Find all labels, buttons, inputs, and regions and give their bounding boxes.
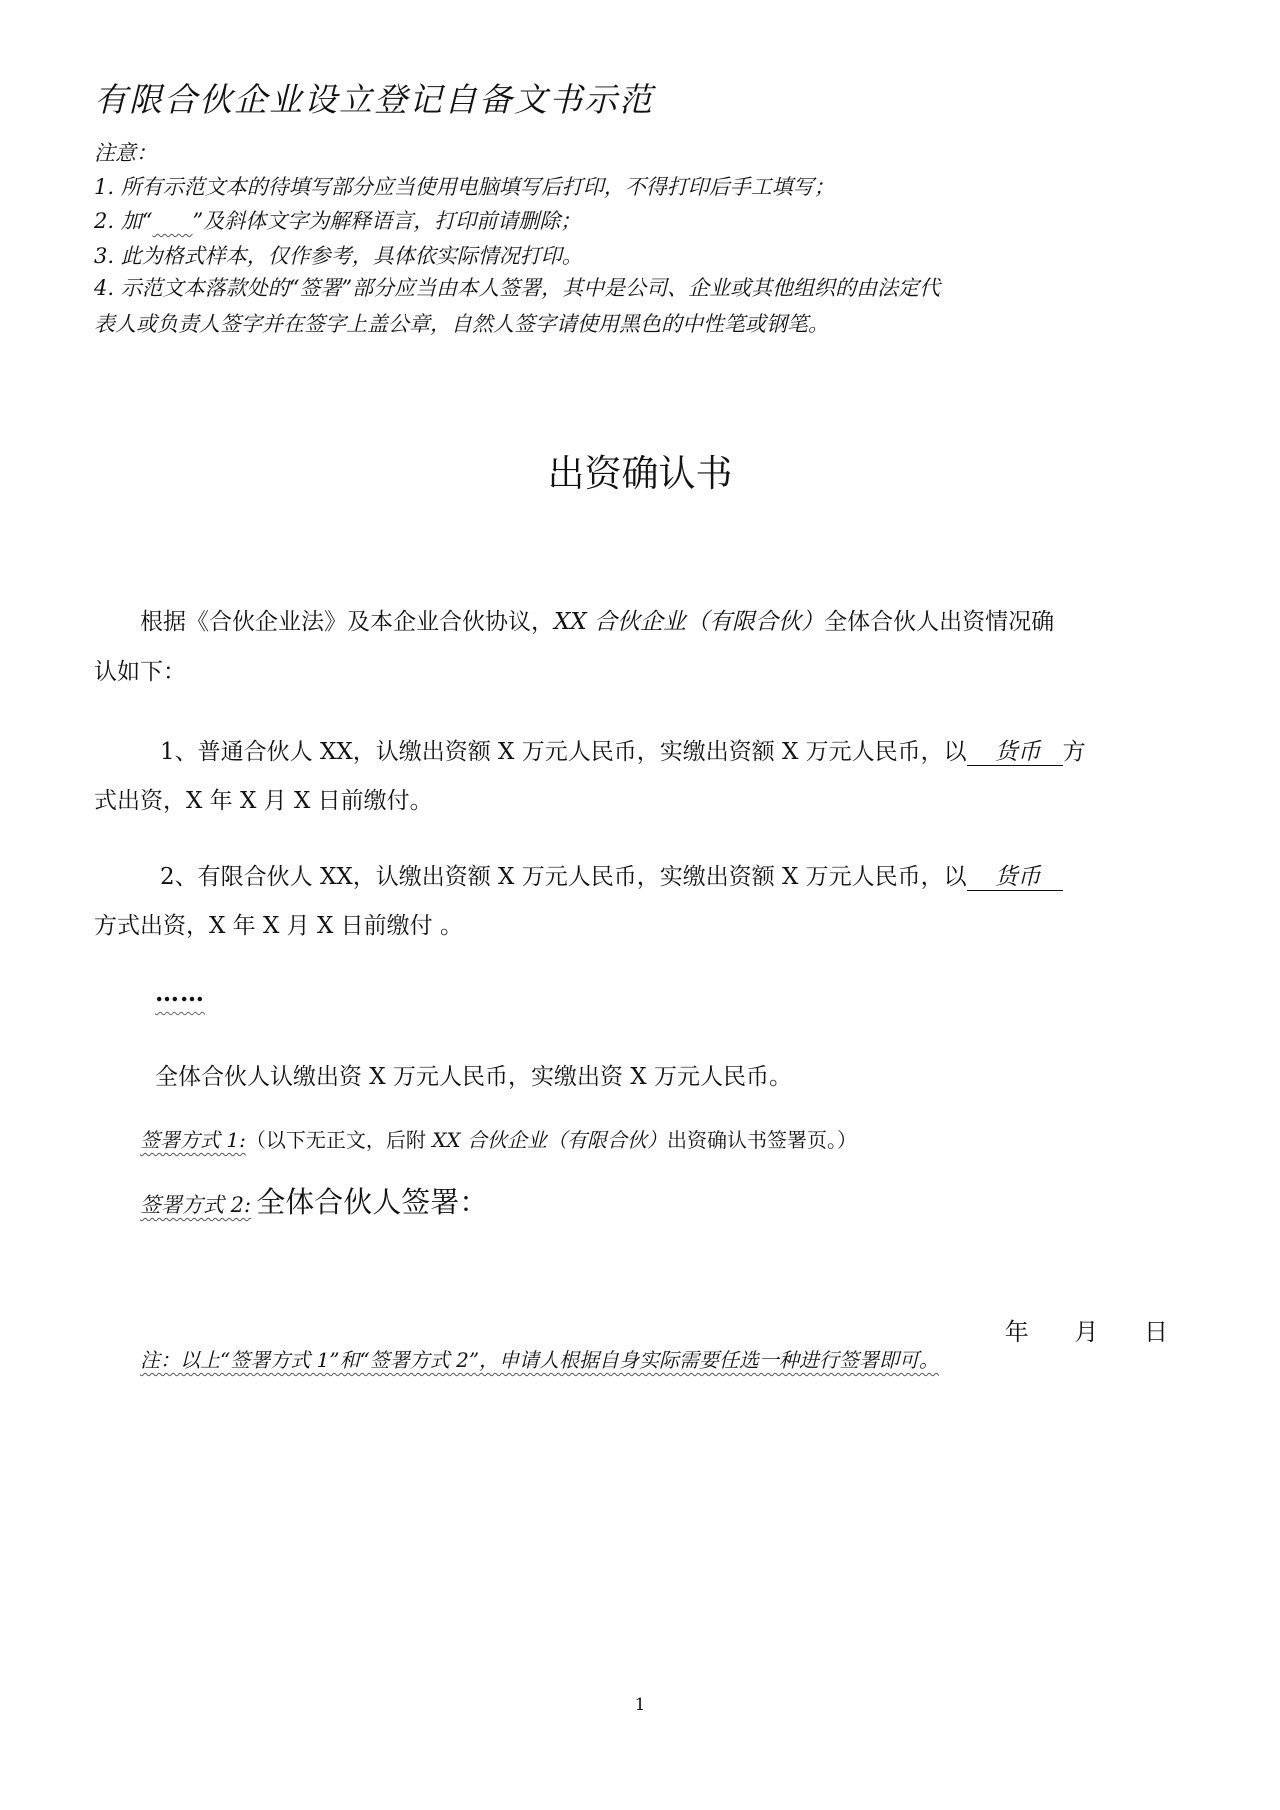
date-year: 年 <box>1005 1312 1029 1347</box>
notice-item-3: 3. 此为格式样本，仅作参考，具体依实际情况打印。 <box>94 240 583 270</box>
partner-2-line-2: 方式出资，X 年 X 月 X 日前缴付 。 <box>94 907 463 940</box>
notice-item-4: 4. 示范文本落款处的“签署”部分应当由本人签署，其中是公司、企业或其他组织的由… <box>94 272 940 302</box>
intro-text-2: 全体合伙人出资情况确 <box>824 609 1054 635</box>
notice-item-2-prefix: 2. 加“ <box>94 209 152 233</box>
partner-2-method-field: 货币 <box>967 865 1063 891</box>
date-day: 日 <box>1144 1312 1168 1347</box>
sign-method-1-enterprise-name: XX 合伙企业（有限合伙） <box>432 1128 667 1152</box>
document-title: 出资确认书 <box>0 443 1280 497</box>
wavy-underline-sample <box>152 209 192 233</box>
sign-method-1-text-a: （以下无正文，后附 <box>246 1128 432 1152</box>
partner-1-line-2: 式出资，X 年 X 月 X 日前缴付。 <box>94 782 433 815</box>
intro-text-1: 根据《合伙企业法》及本企业合伙协议， <box>140 609 554 635</box>
sign-method-2-label: 签署方式 2: <box>140 1193 251 1217</box>
header-title: 有限合伙企业设立登记自备文书示范 <box>94 74 654 121</box>
ellipsis: …… <box>155 978 205 1007</box>
sign-method-1-label: 签署方式 1: <box>140 1128 246 1152</box>
sign-method-1: 签署方式 1:（以下无正文，后附 XX 合伙企业（有限合伙）出资确认书签署页。） <box>140 1124 857 1153</box>
partner-1-line-1: 1、普通合伙人 XX，认缴出资额 X 万元人民币，实缴出资额 X 万元人民币，以… <box>160 733 1086 766</box>
footnote: 注：以上“签署方式 1”和“签署方式 2”，申请人根据自身实际需要任选一种进行签… <box>140 1344 939 1373</box>
notice-label: 注意： <box>94 137 157 167</box>
signature-date: 年 月 日 <box>967 1312 1168 1347</box>
partner-2-line-1: 2、有限合伙人 XX，认缴出资额 X 万元人民币，实缴出资额 X 万元人民币，以… <box>160 858 1063 891</box>
document-page: 有限合伙企业设立登记自备文书示范 注意： 1. 所有示范文本的待填写部分应当使用… <box>0 0 1280 1810</box>
page-number: 1 <box>0 1695 1280 1715</box>
notice-item-1: 1. 所有示范文本的待填写部分应当使用电脑填写后打印，不得打印后手工填写； <box>94 171 835 201</box>
notice-item-2: 2. 加“ ”及斜体文字为解释语言，打印前请删除； <box>94 205 581 235</box>
intro-enterprise-name: XX 合伙企业（有限合伙） <box>554 609 824 635</box>
notice-item-4-continued: 表人或负责人签字并在签字上盖公章，自然人签字请使用黑色的中性笔或钢笔。 <box>94 308 829 338</box>
intro-paragraph-continued: 认如下： <box>94 653 186 686</box>
sign-method-1-text-b: 出资确认书签署页。） <box>667 1128 857 1152</box>
partner-1-tail: 方 <box>1063 739 1086 765</box>
notice-item-2-suffix: ”及斜体文字为解释语言，打印前请删除； <box>192 209 581 233</box>
sign-method-2: 签署方式 2: 全体合伙人签署： <box>140 1180 488 1221</box>
total-contribution: 全体合伙人认缴出资 X 万元人民币，实缴出资 X 万元人民币。 <box>155 1058 792 1091</box>
partner-2-text: 2、有限合伙人 XX，认缴出资额 X 万元人民币，实缴出资额 X 万元人民币，以 <box>160 864 967 890</box>
date-month: 月 <box>1074 1312 1098 1347</box>
intro-paragraph: 根据《合伙企业法》及本企业合伙协议，XX 合伙企业（有限合伙）全体合伙人出资情况… <box>140 603 1054 636</box>
partner-1-text: 1、普通合伙人 XX，认缴出资额 X 万元人民币，实缴出资额 X 万元人民币，以 <box>160 739 967 765</box>
partner-1-method-field: 货币 <box>967 740 1063 766</box>
sign-method-2-text: 全体合伙人签署： <box>256 1185 488 1219</box>
